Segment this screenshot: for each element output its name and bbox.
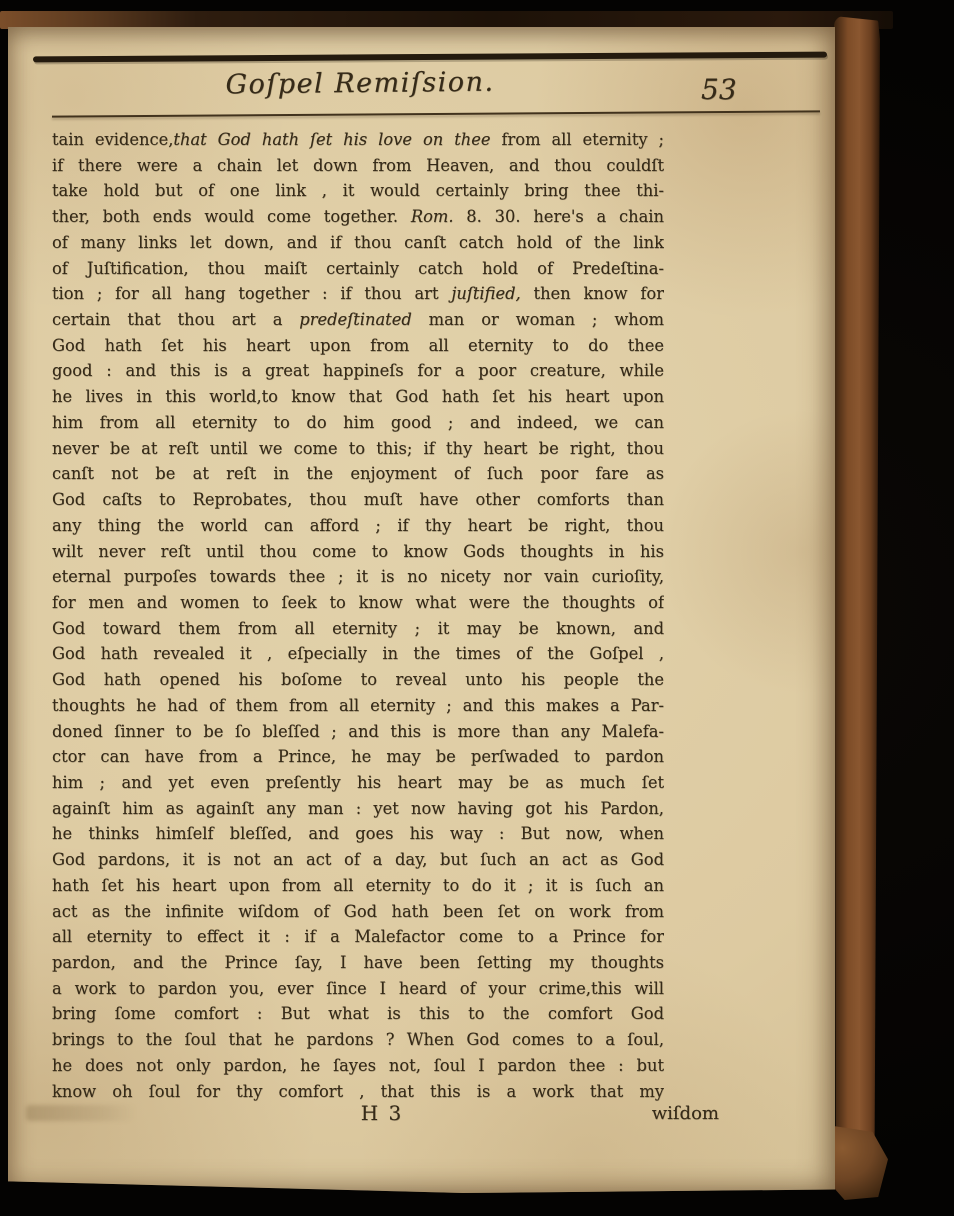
photo-background: Goſpel Remiſsion. 53 tain evidence,that … <box>0 0 954 1216</box>
text-line: all eternity to effect it : if a Malefac… <box>52 924 664 950</box>
text-line: he thinks himſelf bleſſed, and goes his … <box>52 821 664 847</box>
text-line: pardon, and the Prince ſay, I have been … <box>52 950 664 976</box>
text-segment: God toward them from all eternity ; it m… <box>52 619 664 638</box>
text-segment: againſt him as againſt any man : yet now… <box>52 799 664 818</box>
text-segment: God pardons, it is not an act of a day, … <box>52 850 664 869</box>
header-rule-thick <box>33 52 827 63</box>
text-line: him ; and yet even preſently his heart m… <box>52 770 664 796</box>
text-segment: God caſts to Reprobates, thou muſt have … <box>52 490 664 509</box>
text-segment: from all eternity ; <box>491 130 664 149</box>
text-line: him from all eternity to do him good ; a… <box>52 410 664 436</box>
text-line: any thing the world can afford ; if thy … <box>52 513 664 539</box>
text-segment: thoughts he had of them from all eternit… <box>52 696 664 715</box>
text-line: canſt not be at reſt in the enjoyment of… <box>52 461 664 487</box>
header-rule-thin <box>52 110 820 117</box>
italic-segment: predeſtinated <box>299 310 411 329</box>
text-line: good : and this is a great happineſs for… <box>52 358 664 384</box>
text-segment: he lives in this world,to know that God … <box>52 387 664 406</box>
text-segment: wilt never reſt until thou come to know … <box>52 542 664 561</box>
catchword: wiſdom <box>652 1103 719 1124</box>
text-segment: brings to the ſoul that he pardons ? Whe… <box>52 1030 664 1049</box>
text-line: of many links let down, and if thou canſ… <box>52 230 664 256</box>
text-line: take hold but of one link , it would cer… <box>52 178 664 204</box>
text-segment: any thing the world can afford ; if thy … <box>52 516 664 535</box>
text-line: he does not only pardon, he ſayes not, ſ… <box>52 1053 664 1079</box>
text-segment: ther, both ends would come together. <box>52 207 411 226</box>
text-line: brings to the ſoul that he pardons ? Whe… <box>52 1027 664 1053</box>
text-segment: take hold but of one link , it would cer… <box>52 181 664 200</box>
text-segment: God hath opened his boſome to reveal unt… <box>52 670 664 689</box>
text-line: of Juſtification, thou maiſt certainly c… <box>52 256 664 282</box>
text-segment: him ; and yet even preſently his heart m… <box>52 773 664 792</box>
text-line: againſt him as againſt any man : yet now… <box>52 796 664 822</box>
body-text: tain evidence,that God hath ſet his love… <box>52 127 664 1104</box>
running-title: Goſpel Remiſsion. <box>225 67 494 101</box>
text-line: God caſts to Reprobates, thou muſt have … <box>52 487 664 513</box>
italic-segment: that God hath ſet his love on thee <box>173 130 490 149</box>
text-line: certain that thou art a predeſtinated ma… <box>52 307 664 333</box>
text-line: thoughts he had of them from all eternit… <box>52 693 664 719</box>
text-line: a work to pardon you, ever ſince I heard… <box>52 976 664 1002</box>
text-line: God hath opened his boſome to reveal unt… <box>52 667 664 693</box>
text-segment: God hath ſet his heart upon from all ete… <box>52 336 664 355</box>
text-segment: all eternity to effect it : if a Malefac… <box>52 927 664 946</box>
book-top-edge <box>0 11 893 29</box>
text-line: ctor can have from a Prince, he may be p… <box>52 744 664 770</box>
ink-bleedthrough-smudge <box>26 1105 136 1121</box>
text-line: ther, both ends would come together. Rom… <box>52 204 664 230</box>
text-line: never be at reſt until we come to this; … <box>52 436 664 462</box>
text-line: know oh ſoul for thy comfort , that this… <box>52 1079 664 1105</box>
text-segment: tion ; for all hang together : if thou a… <box>52 284 451 303</box>
text-segment: bring ſome comfort : But what is this to… <box>52 1004 664 1023</box>
text-line: God hath revealed it , eſpecially in the… <box>52 641 664 667</box>
text-segment: he does not only pardon, he ſayes not, ſ… <box>52 1056 664 1075</box>
italic-segment: juſtified, <box>451 284 520 303</box>
signature-mark: H 3 <box>361 1101 404 1125</box>
text-segment: a work to pardon you, ever ſince I heard… <box>52 979 664 998</box>
text-line: wilt never reſt until thou come to know … <box>52 539 664 565</box>
text-line: eternal purpoſes towards thee ; it is no… <box>52 564 664 590</box>
text-segment: of Juſtification, thou maiſt certainly c… <box>52 259 664 278</box>
text-segment: act as the infinite wiſdom of God hath b… <box>52 902 664 921</box>
text-line: he lives in this world,to know that God … <box>52 384 664 410</box>
text-segment: tain evidence, <box>52 130 173 149</box>
text-segment: eternal purpoſes towards thee ; it is no… <box>52 567 664 586</box>
text-segment: he thinks himſelf bleſſed, and goes his … <box>52 824 664 843</box>
text-segment: canſt not be at reſt in the enjoyment of… <box>52 464 664 483</box>
text-line: for men and women to ſeek to know what w… <box>52 590 664 616</box>
italic-segment: Rom. <box>411 207 454 226</box>
text-line: tion ; for all hang together : if thou a… <box>52 281 664 307</box>
text-segment: know oh ſoul for thy comfort , that this… <box>52 1082 664 1101</box>
text-segment: if there were a chain let down from Heav… <box>52 156 664 175</box>
book-page: Goſpel Remiſsion. 53 tain evidence,that … <box>8 27 835 1193</box>
text-segment: pardon, and the Prince ſay, I have been … <box>52 953 664 972</box>
text-segment: him from all eternity to do him good ; a… <box>52 413 664 432</box>
text-line: tain evidence,that God hath ſet his love… <box>52 127 664 153</box>
text-segment: certain that thou art a <box>52 310 299 329</box>
text-segment: hath ſet his heart upon from all eternit… <box>52 876 664 895</box>
binding-edge-right <box>834 16 880 1182</box>
text-segment: ctor can have from a Prince, he may be p… <box>52 747 664 766</box>
text-segment: man or woman ; whom <box>412 310 664 329</box>
text-segment: never be at reſt until we come to this; … <box>52 439 664 458</box>
text-segment: God hath revealed it , eſpecially in the… <box>52 644 664 663</box>
text-segment: of many links let down, and if thou canſ… <box>52 233 664 252</box>
text-segment: 8. 30. here's a chain <box>454 207 664 226</box>
text-line: doned ſinner to be ſo bleſſed ; and this… <box>52 719 664 745</box>
page-number: 53 <box>701 73 737 106</box>
text-segment: doned ſinner to be ſo bleſſed ; and this… <box>52 722 664 741</box>
text-segment: good : and this is a great happineſs for… <box>52 361 664 380</box>
text-line: God pardons, it is not an act of a day, … <box>52 847 664 873</box>
text-line: act as the infinite wiſdom of God hath b… <box>52 899 664 925</box>
text-line: if there were a chain let down from Heav… <box>52 153 664 179</box>
text-line: bring ſome comfort : But what is this to… <box>52 1001 664 1027</box>
text-line: hath ſet his heart upon from all eternit… <box>52 873 664 899</box>
text-line: God hath ſet his heart upon from all ete… <box>52 333 664 359</box>
text-line: God toward them from all eternity ; it m… <box>52 616 664 642</box>
text-segment: then know for <box>521 284 664 303</box>
text-segment: for men and women to ſeek to know what w… <box>52 593 664 612</box>
